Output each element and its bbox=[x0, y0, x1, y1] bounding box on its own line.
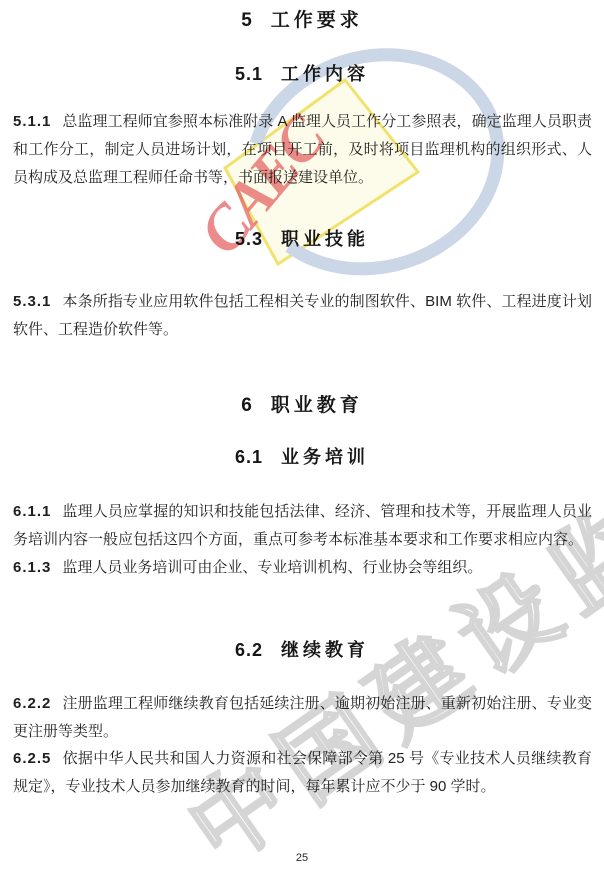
heading-title: 业务培训 bbox=[281, 447, 369, 467]
clause-number: 5.3.1 bbox=[13, 293, 51, 310]
clause-text: 本条所指专业应用软件包括工程相关专业的制图软件、BIM 软件、工程进度计划软件、… bbox=[13, 293, 592, 338]
clause-6-2-2: 6.2.2注册监理工程师继续教育包括延续注册、逾期初始注册、重新初始注册、专业变… bbox=[13, 690, 592, 746]
heading-section-5-3: 5.3职业技能 bbox=[0, 225, 604, 251]
clause-number: 6.1.3 bbox=[13, 559, 51, 576]
clause-text: 监理人员业务培训可由企业、专业培训机构、行业协会等组织。 bbox=[62, 559, 482, 576]
heading-section-6-2: 6.2继续教育 bbox=[0, 636, 604, 662]
document-page: CAEC 中国建设监理协会 5工作要求 5.1工作内容 5.1.1总监理工程师宜… bbox=[0, 0, 604, 875]
clause-text: 依据中华人民共和国人力资源和社会保障部令第 25 号《专业技术人员继续教育规定》… bbox=[13, 750, 592, 795]
heading-title: 工作要求 bbox=[271, 10, 363, 31]
heading-chapter-6: 6职业教育 bbox=[0, 390, 604, 417]
heading-title: 职业技能 bbox=[281, 229, 369, 249]
heading-title: 职业教育 bbox=[271, 395, 363, 416]
heading-title: 工作内容 bbox=[281, 64, 369, 84]
clause-5-3-1: 5.3.1本条所指专业应用软件包括工程相关专业的制图软件、BIM 软件、工程进度… bbox=[13, 288, 592, 344]
clause-6-1-3: 6.1.3监理人员业务培训可由企业、专业培训机构、行业协会等组织。 bbox=[13, 554, 592, 582]
clause-6-1-1: 6.1.1监理人员应掌握的知识和技能包括法律、经济、管理和技术等，开展监理人员业… bbox=[13, 498, 592, 554]
heading-number: 5 bbox=[241, 10, 253, 31]
heading-number: 6 bbox=[241, 395, 253, 416]
clause-5-1-1: 5.1.1总监理工程师宜参照本标准附录 A 监理人员工作分工参照表，确定监理人员… bbox=[13, 108, 592, 192]
heading-section-5-1: 5.1工作内容 bbox=[0, 60, 604, 86]
heading-section-6-1: 6.1业务培训 bbox=[0, 443, 604, 469]
clause-6-2-5: 6.2.5依据中华人民共和国人力资源和社会保障部令第 25 号《专业技术人员继续… bbox=[13, 745, 592, 801]
heading-chapter-5: 5工作要求 bbox=[0, 5, 604, 32]
clause-text: 总监理工程师宜参照本标准附录 A 监理人员工作分工参照表，确定监理人员职责和工作… bbox=[13, 113, 592, 186]
clause-number: 6.2.5 bbox=[13, 750, 51, 767]
heading-number: 6.2 bbox=[235, 640, 263, 660]
heading-number: 5.3 bbox=[235, 229, 263, 249]
clause-number: 6.1.1 bbox=[13, 503, 51, 520]
heading-title: 继续教育 bbox=[281, 640, 369, 660]
page-number: 25 bbox=[0, 852, 604, 864]
heading-number: 6.1 bbox=[235, 447, 263, 467]
document-content: 5工作要求 5.1工作内容 5.1.1总监理工程师宜参照本标准附录 A 监理人员… bbox=[0, 0, 604, 875]
clause-number: 5.1.1 bbox=[13, 113, 51, 130]
clause-number: 6.2.2 bbox=[13, 695, 51, 712]
clause-text: 监理人员应掌握的知识和技能包括法律、经济、管理和技术等，开展监理人员业务培训内容… bbox=[13, 503, 592, 548]
heading-number: 5.1 bbox=[235, 64, 263, 84]
clause-text: 注册监理工程师继续教育包括延续注册、逾期初始注册、重新初始注册、专业变更注册等类… bbox=[13, 695, 592, 740]
